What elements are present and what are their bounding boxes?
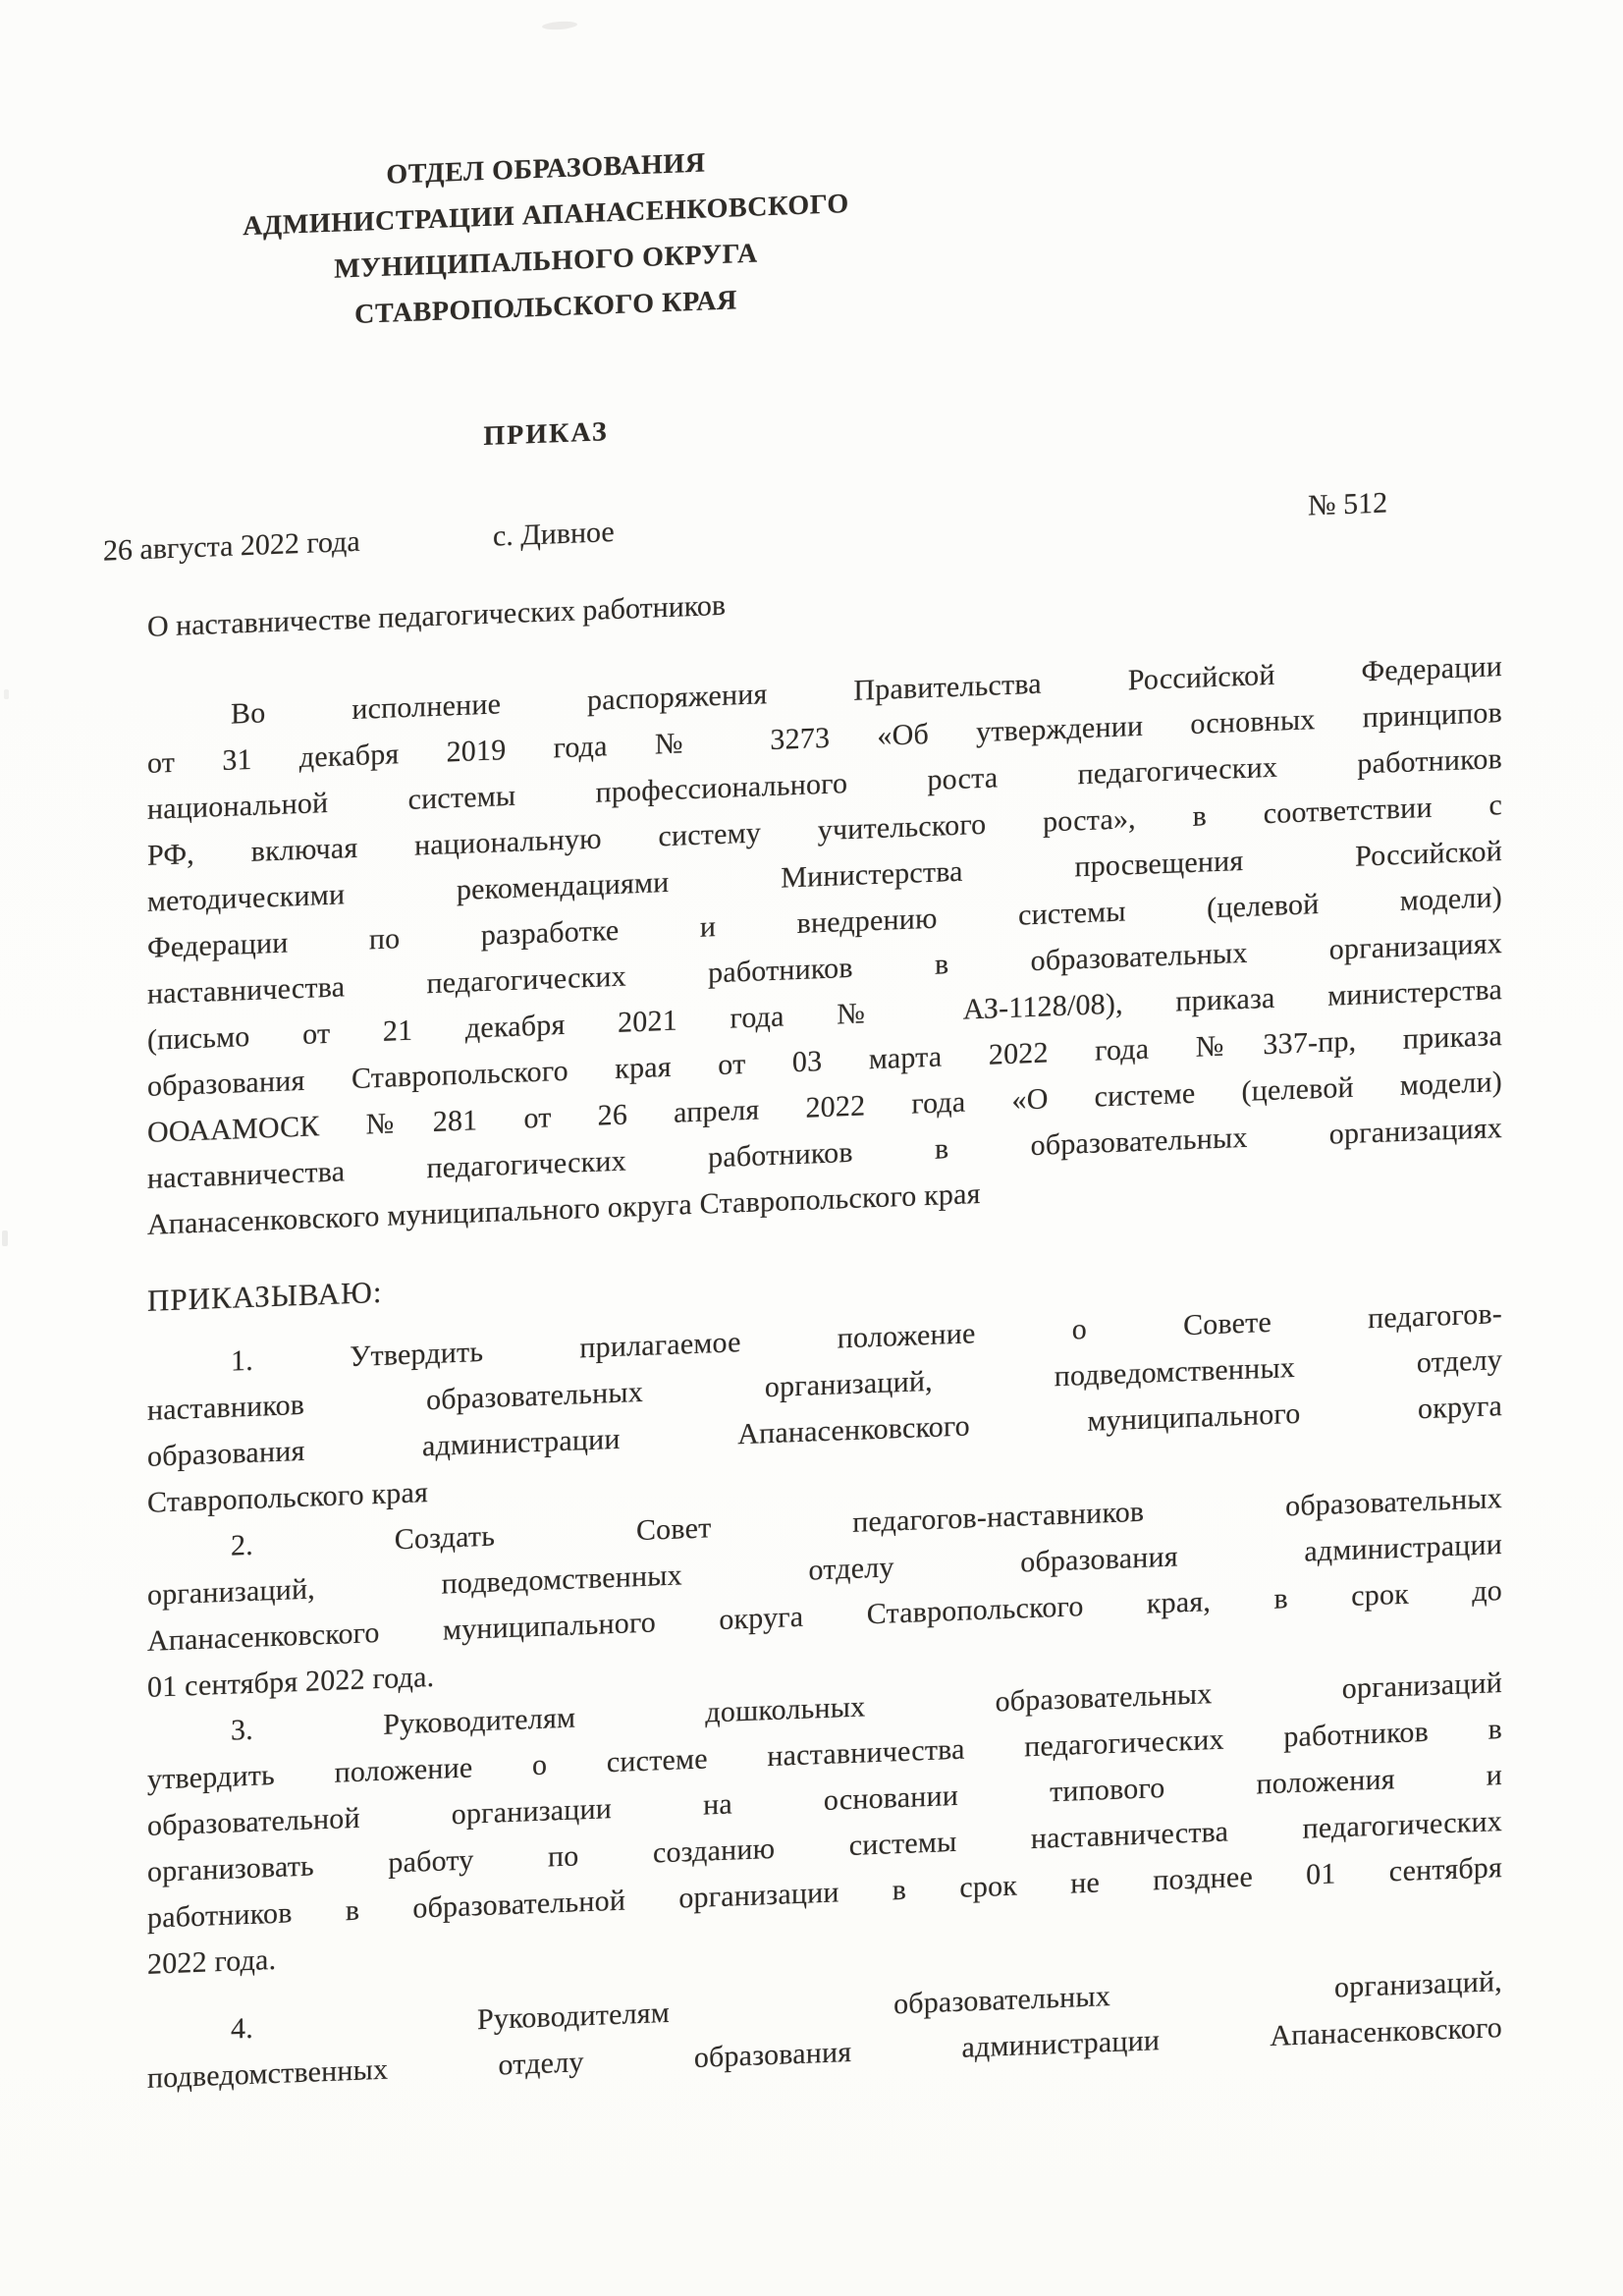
- scanned-document-page: ОТДЕЛ ОБРАЗОВАНИЯ АДМИНИСТРАЦИИ АПАНАСЕН…: [0, 0, 1623, 2296]
- order-items: 1. Утвердить прилагаемое положение о Сов…: [147, 1290, 1502, 2102]
- document-content: ОТДЕЛ ОБРАЗОВАНИЯ АДМИНИСТРАЦИИ АПАНАСЕН…: [147, 0, 1502, 2102]
- letterhead: ОТДЕЛ ОБРАЗОВАНИЯ АДМИНИСТРАЦИИ АПАНАСЕН…: [147, 131, 945, 345]
- document-number: № 512: [1308, 479, 1387, 528]
- order-item-3: 3. Руководителям дошкольных образователь…: [147, 1660, 1502, 1988]
- preamble: Во исполнение распоряжения Правительства…: [147, 643, 1502, 1248]
- document-sheet: ОТДЕЛ ОБРАЗОВАНИЯ АДМИНИСТРАЦИИ АПАНАСЕН…: [0, 0, 1623, 2296]
- document-type-title: ПРИКАЗ: [147, 396, 945, 471]
- document-place: с. Дивное: [493, 509, 615, 560]
- meta-row: 26 августа 2022 года с. Дивное № 512: [147, 475, 1502, 573]
- document-date: 26 августа 2022 года: [103, 519, 360, 574]
- document-subject: О наставничестве педагогических работник…: [147, 553, 1502, 650]
